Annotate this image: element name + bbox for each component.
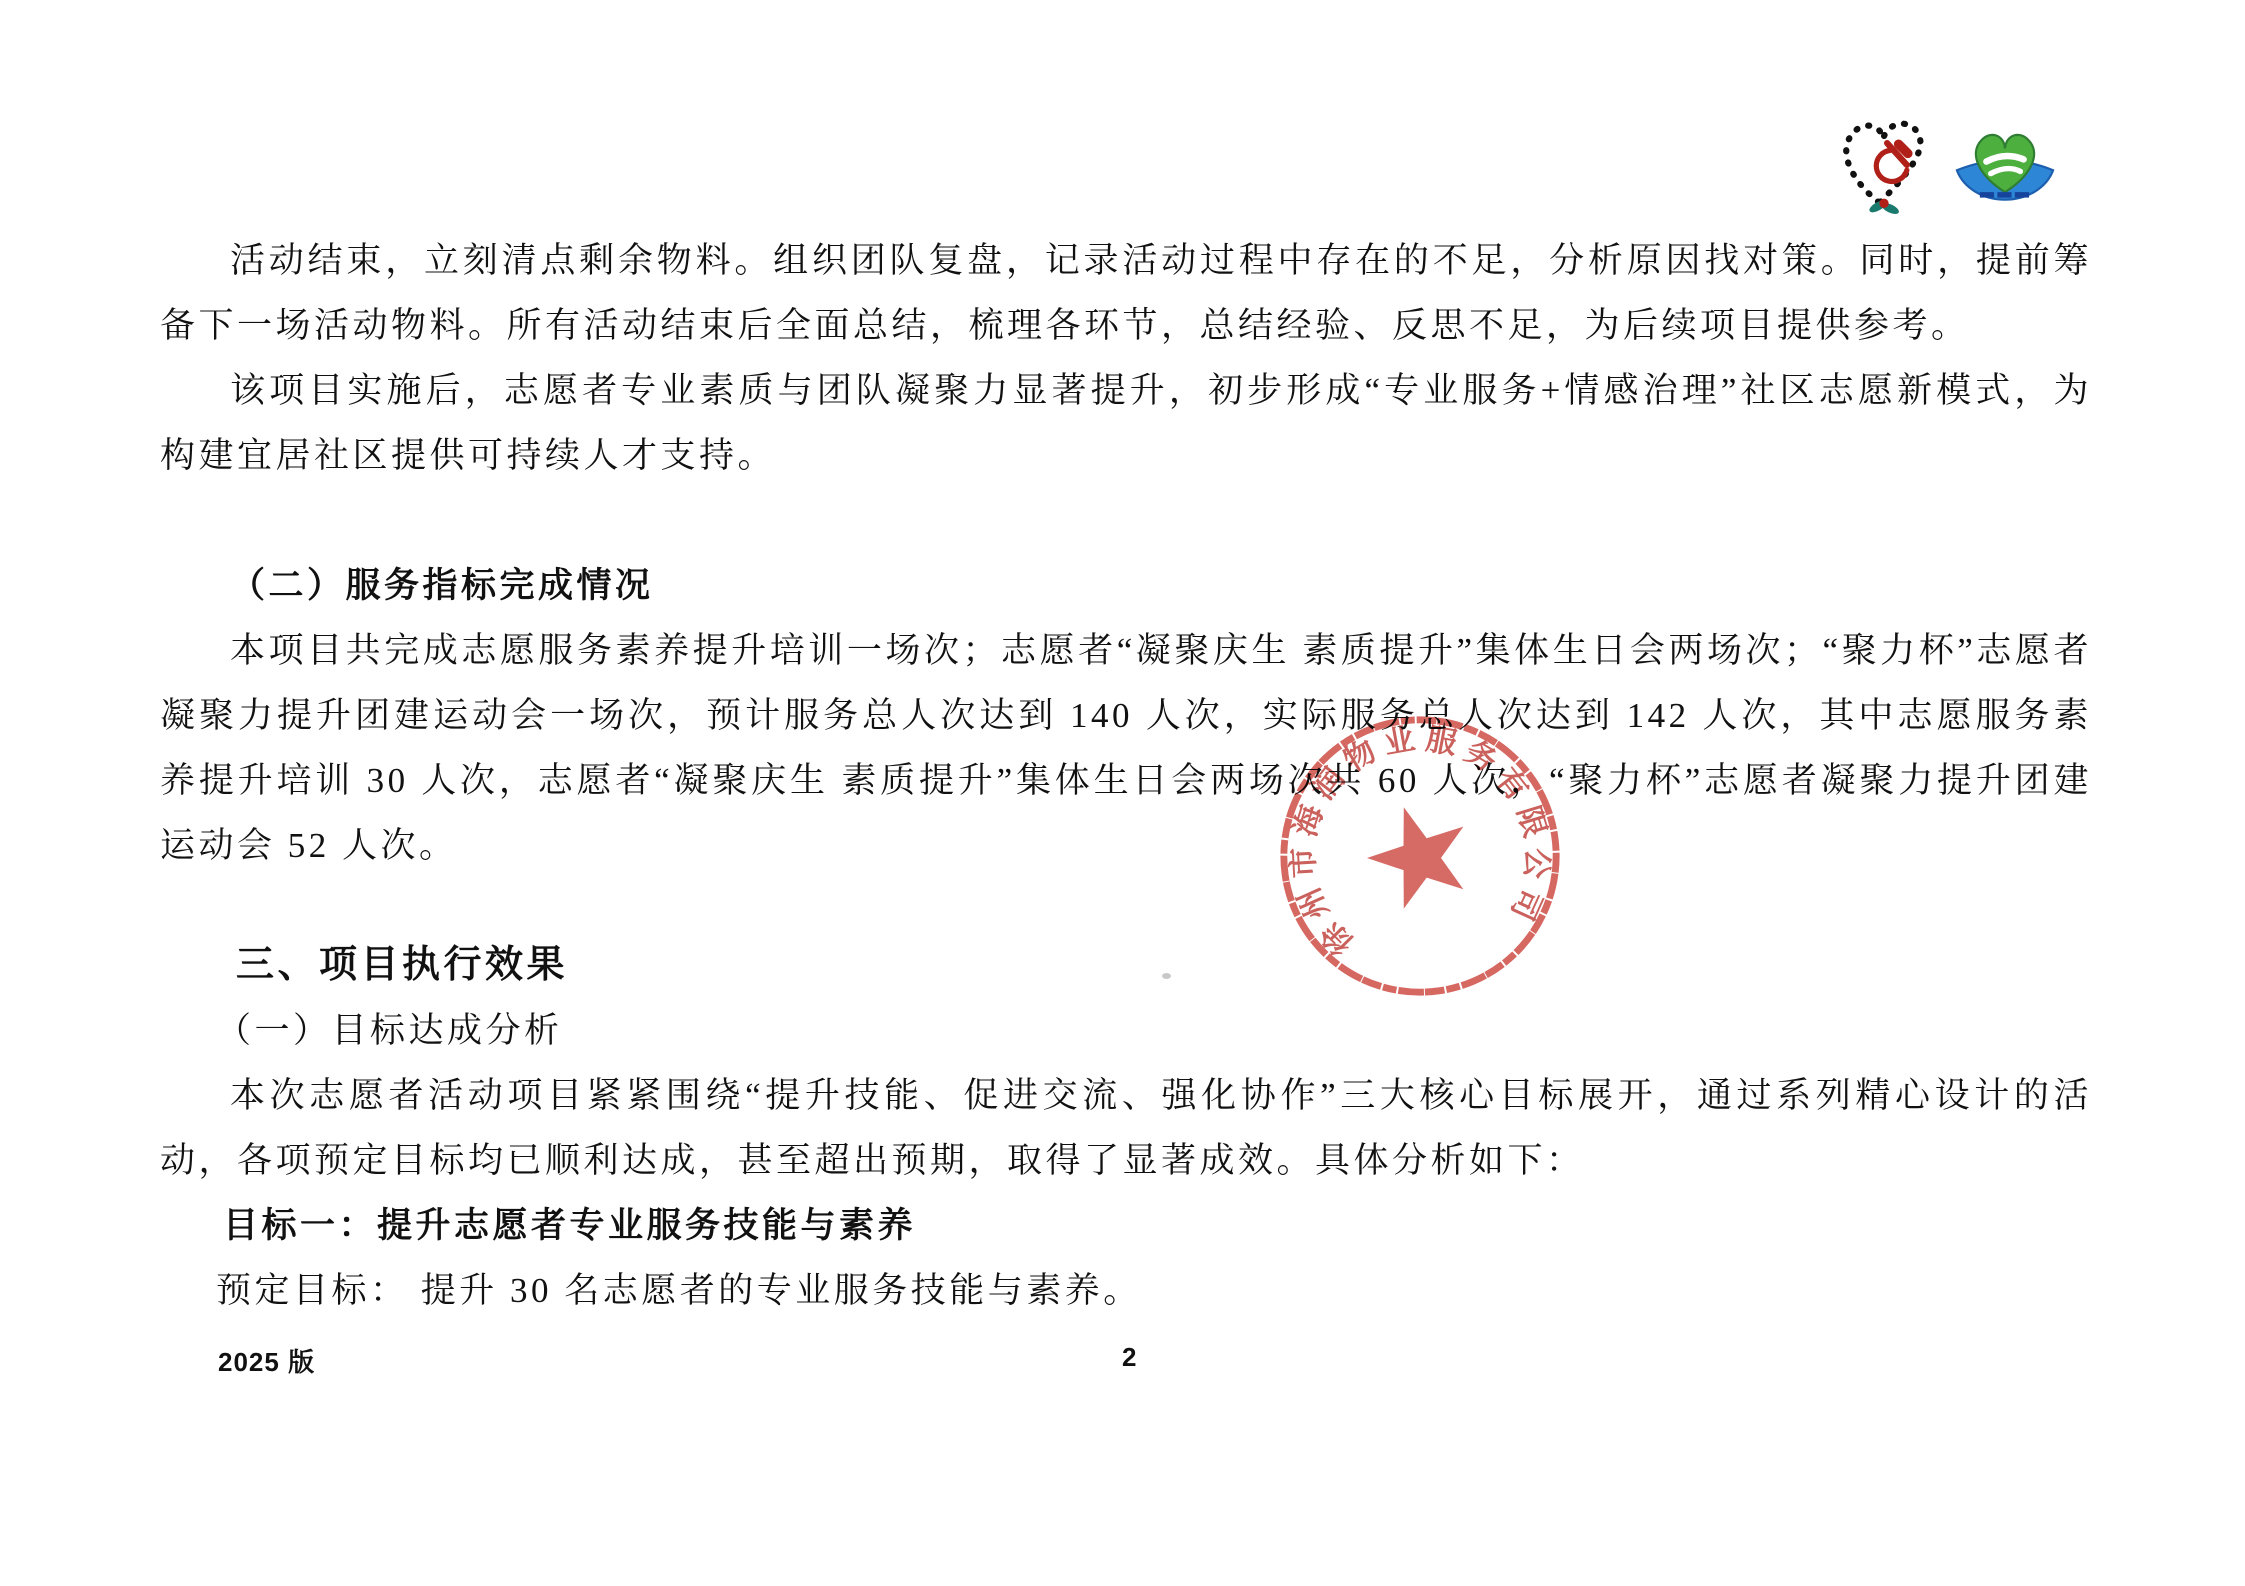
document-page: 活动结束，立刻清点剩余物料。组织团队复盘，记录活动过程中存在的不足，分析原因找对…: [0, 0, 2245, 1586]
footer-page-number: 2: [1122, 1342, 1136, 1373]
paragraph-wrapup: 活动结束，立刻清点剩余物料。组织团队复盘，记录活动过程中存在的不足，分析原因找对…: [160, 228, 2092, 358]
section-heading-service-indicators: （二）服务指标完成情况: [160, 553, 2092, 618]
ink-speck: [1162, 973, 1171, 979]
header-logos: [1832, 112, 2062, 222]
section-heading-goal-analysis: （一）目标达成分析: [160, 998, 2092, 1063]
paragraph-service-stats: 本项目共完成志愿服务素养提升培训一场次；志愿者“凝聚庆生 素质提升”集体生日会两…: [160, 618, 2092, 878]
logo-caption-marks: [1980, 192, 2029, 197]
goal-one-target: 预定目标： 提升 30 名志愿者的专业服务技能与素养。: [160, 1258, 2092, 1323]
goal-one-title: 目标一：提升志愿者专业服务技能与素养: [160, 1193, 2092, 1258]
community-service-heart-bowl-logo: [1950, 120, 2060, 214]
document-body: 活动结束，立刻清点剩余物料。组织团队复盘，记录活动过程中存在的不足，分析原因找对…: [160, 228, 2092, 1323]
paragraph-goal-overview: 本次志愿者活动项目紧紧围绕“提升技能、促进交流、强化协作”三大核心目标展开，通过…: [160, 1063, 2092, 1193]
footer-version-label: 2025 版: [218, 1342, 315, 1379]
paragraph-outcome: 该项目实施后，志愿者专业素质与团队凝聚力显著提升，初步形成“专业服务+情感治理”…: [160, 358, 2092, 488]
party-emblem-heart-logo: [1832, 113, 1936, 221]
chapter-heading-execution-effect: 三、项目执行效果: [160, 933, 2092, 998]
